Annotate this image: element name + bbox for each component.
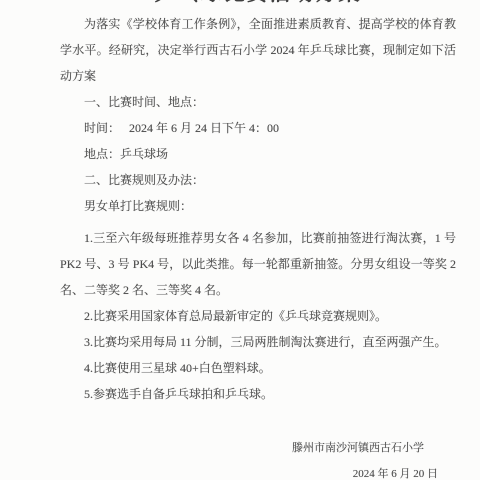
- venue-line: 地点：乒乓球场: [60, 141, 456, 167]
- rule-item-4: 4.比赛使用三星球 40+白色塑料球。: [60, 355, 456, 381]
- rule-item-3: 3.比赛均采用每局 11 分制，三局两胜制淘汰赛进行，直至两强产生。: [60, 329, 456, 355]
- document-page: 乒乓球比赛活动方案 为落实《学校体育工作条例》，全面推进素质教育、提高学校的体育…: [0, 0, 480, 480]
- title-clipped-region: 乒乓球比赛活动方案: [60, 0, 456, 7]
- rule-item-1: 1.三至六年级每班推荐男女各 4 名参加，比赛前抽签进行淘汰赛，1 号 PK2 …: [60, 225, 456, 303]
- intro-paragraph: 为落实《学校体育工作条例》，全面推进素质教育、提高学校的体育教学水平。经研究，决…: [60, 11, 456, 89]
- rule-item-2: 2.比赛采用国家体育总局最新审定的《乒乓球竞赛规则》。: [60, 303, 456, 329]
- document-title: 乒乓球比赛活动方案: [60, 0, 456, 7]
- rules-subheading: 男女单打比赛规则：: [60, 193, 456, 219]
- signature-school: 滕州市南沙河镇西古石小学: [60, 435, 438, 461]
- section-2-heading: 二、比赛规则及办法：: [60, 167, 456, 193]
- section-1-heading: 一、比赛时间、地点：: [60, 89, 456, 115]
- signature-block: 滕州市南沙河镇西古石小学 2024 年 6 月 20 日: [60, 435, 456, 480]
- rule-item-5: 5.参赛选手自备乒乓球拍和乒乓球。: [60, 381, 456, 407]
- time-line: 时间： 2024 年 6 月 24 日下午 4：00: [60, 115, 456, 141]
- signature-date: 2024 年 6 月 20 日: [60, 461, 438, 480]
